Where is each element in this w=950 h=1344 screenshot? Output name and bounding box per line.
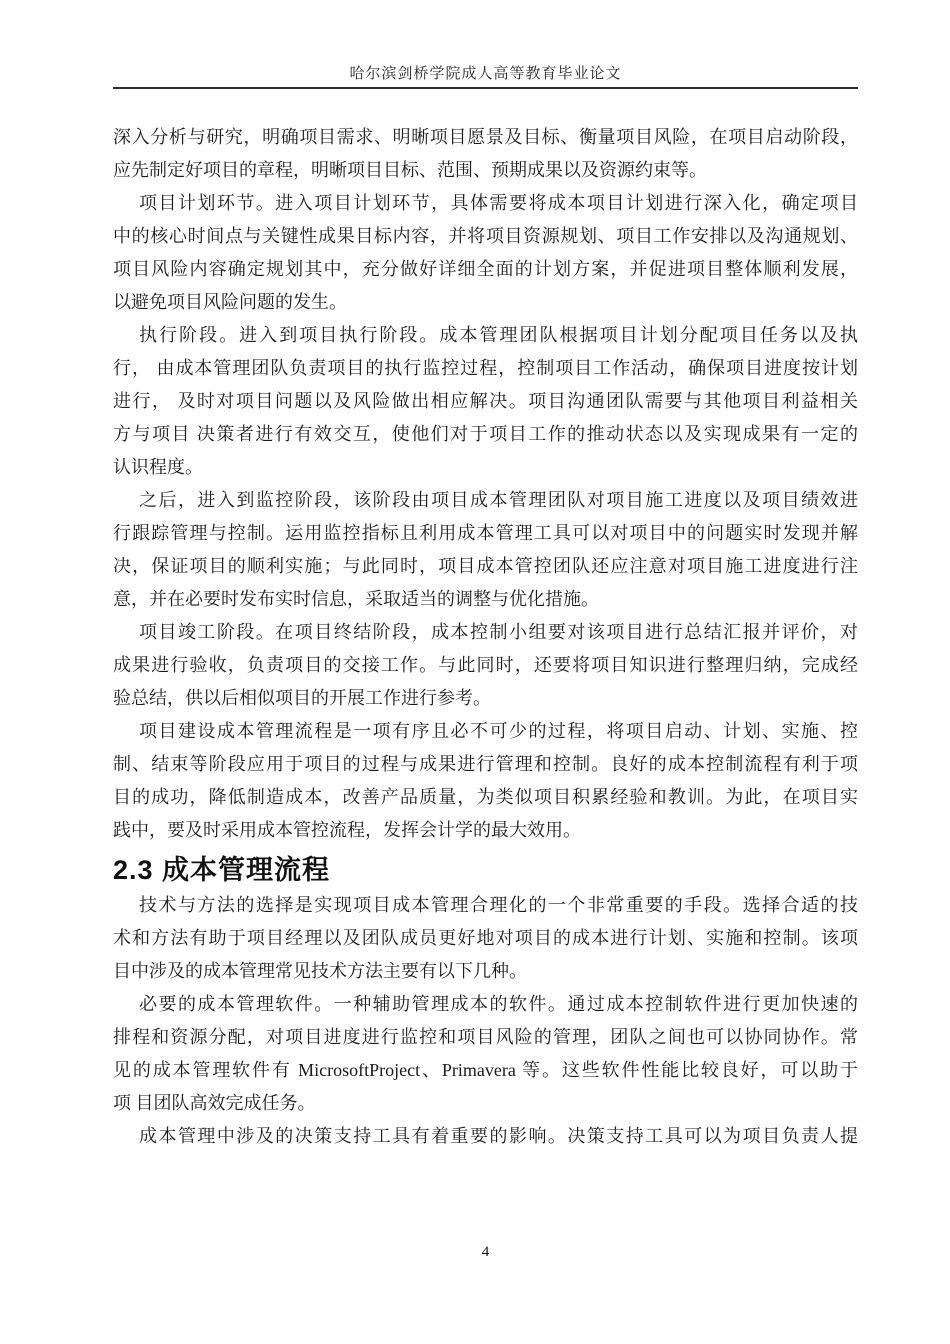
body-line: 成本管理中涉及的决策支持工具有着重要的影响。决策支持工具可以为项目负责人提 — [113, 1120, 858, 1153]
body-line: 制、结束等阶段应用于项目的过程与成果进行管理和控制。良好的成本控制流程有利于项 — [113, 748, 858, 781]
body-line: 践中，要及时采用成本管控流程，发挥会计学的最大效用。 — [113, 814, 858, 847]
header-rule — [113, 87, 858, 89]
body-line: 项目竣工阶段。在项目终结阶段，成本控制小组要对该项目进行总结汇报并评价，对 — [113, 616, 858, 649]
body-line: 意，并在必要时发布实时信息，采取适当的调整与优化措施。 — [113, 583, 858, 616]
paragraph: 深入分析与研究，明确项目需求、明晰项目愿景及目标、衡量项目风险，在项目启动阶段，… — [113, 121, 858, 187]
body-line: 行， 由成本管理团队负责项目的执行监控过程，控制项目工作活动，确保项目进度按计划 — [113, 352, 858, 385]
body-line: 项 目团队高效完成任务。 — [113, 1087, 858, 1120]
body-line: 技术与方法的选择是实现项目成本管理合理化的一个非常重要的手段。选择合适的技 — [113, 889, 858, 922]
body-line: 术和方法有助于项目经理以及团队成员更好地对项目的成本进行计划、实施和控制。该项 — [113, 922, 858, 955]
body-line: 项目建设成本管理流程是一项有序且必不可少的过程，将项目启动、计划、实施、控 — [113, 715, 858, 748]
paragraph: 项目竣工阶段。在项目终结阶段，成本控制小组要对该项目进行总结汇报并评价，对成果进… — [113, 616, 858, 715]
body-line: 进行， 及时对项目问题以及风险做出相应解决。项目沟通团队需要与其他项目利益相关 — [113, 385, 858, 418]
body-line: 行跟踪管理与控制。运用监控指标且利用成本管理工具可以对项目中的问题实时发现并解 — [113, 517, 858, 550]
paragraph: 之后，进入到监控阶段，该阶段由项目成本管理团队对项目施工进度以及项目绩效进行跟踪… — [113, 484, 858, 616]
body-line: 之后，进入到监控阶段，该阶段由项目成本管理团队对项目施工进度以及项目绩效进 — [113, 484, 858, 517]
paragraph: 执行阶段。进入到项目执行阶段。成本管理团队根据项目计划分配项目任务以及执行， 由… — [113, 319, 858, 484]
document-body: 深入分析与研究，明确项目需求、明晰项目愿景及目标、衡量项目风险，在项目启动阶段，… — [113, 121, 858, 1153]
paragraph: 必要的成本管理软件。一种辅助管理成本的软件。通过成本控制软件进行更加快速的排程和… — [113, 988, 858, 1120]
body-line: 深入分析与研究，明确项目需求、明晰项目愿景及目标、衡量项目风险，在项目启动阶段， — [113, 121, 858, 154]
body-line: 方与项目 决策者进行有效交互，使他们对于项目工作的推动状态以及实现成果有一定的 — [113, 418, 858, 451]
body-line: 排程和资源分配，对项目进度进行监控和项目风险的管理，团队之间也可以协同协作。常 — [113, 1021, 858, 1054]
body-line: 决，保证项目的顺利实施；与此同时，项目成本管控团队还应注意对项目施工进度进行注 — [113, 550, 858, 583]
body-line: 项目计划环节。进入项目计划环节，具体需要将成本项目计划进行深入化，确定项目 — [113, 187, 858, 220]
paragraph: 项目计划环节。进入项目计划环节，具体需要将成本项目计划进行深入化，确定项目中的核… — [113, 187, 858, 319]
body-line: 必要的成本管理软件。一种辅助管理成本的软件。通过成本控制软件进行更加快速的 — [113, 988, 858, 1021]
section-heading: 2.3 成本管理流程 — [113, 851, 858, 889]
paragraph: 技术与方法的选择是实现项目成本管理合理化的一个非常重要的手段。选择合适的技术和方… — [113, 889, 858, 988]
page-number: 4 — [113, 1244, 858, 1261]
body-line: 验总结，供以后相似项目的开展工作进行参考。 — [113, 682, 858, 715]
body-line: 以避免项目风险问题的发生。 — [113, 286, 858, 319]
body-line: 目的成功，降低制造成本，改善产品质量，为类似项目积累经验和教训。为此，在项目实 — [113, 781, 858, 814]
page-header-title: 哈尔滨剑桥学院成人高等教育毕业论文 — [113, 62, 858, 83]
body-line: 见的成本管理软件有 MicrosoftProject、Primavera 等。这… — [113, 1054, 858, 1087]
body-line: 成果进行验收，负责项目的交接工作。与此同时，还要将项目知识进行整理归纳，完成经 — [113, 649, 858, 682]
body-line: 目中涉及的成本管理常见技术方法主要有以下几种。 — [113, 955, 858, 988]
body-line: 应先制定好项目的章程，明晰项目目标、范围、预期成果以及资源约束等。 — [113, 154, 858, 187]
paragraph: 项目建设成本管理流程是一项有序且必不可少的过程，将项目启动、计划、实施、控制、结… — [113, 715, 858, 847]
body-line: 认识程度。 — [113, 451, 858, 484]
paragraph: 成本管理中涉及的决策支持工具有着重要的影响。决策支持工具可以为项目负责人提 — [113, 1120, 858, 1153]
body-line: 项目风险内容确定规划其中，充分做好详细全面的计划方案，并促进项目整体顺利发展， — [113, 253, 858, 286]
document-page: 哈尔滨剑桥学院成人高等教育毕业论文 深入分析与研究，明确项目需求、明晰项目愿景及… — [0, 0, 950, 1344]
body-line: 中的核心时间点与关键性成果目标内容，并将项目资源规划、项目工作安排以及沟通规划、 — [113, 220, 858, 253]
body-line: 执行阶段。进入到项目执行阶段。成本管理团队根据项目计划分配项目任务以及执 — [113, 319, 858, 352]
